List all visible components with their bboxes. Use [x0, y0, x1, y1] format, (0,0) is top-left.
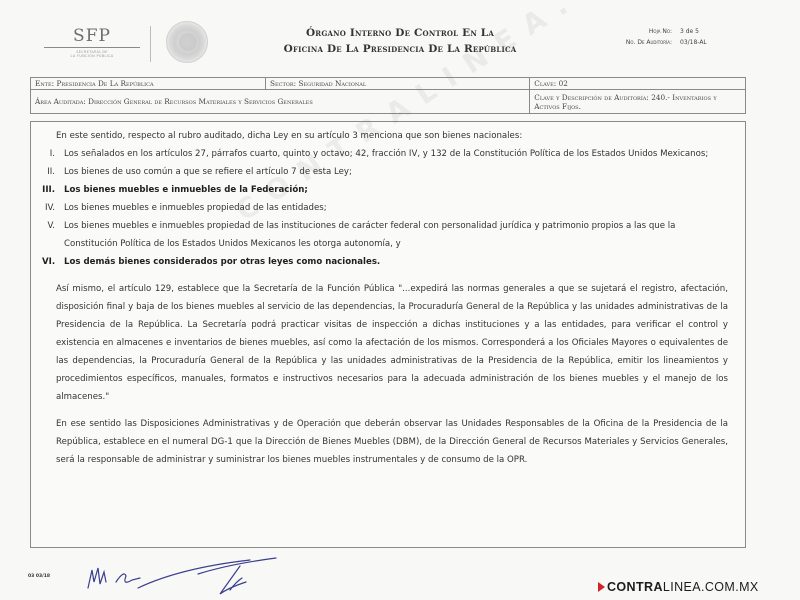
article-129-paragraph: Así mismo, el artículo 129, establece qu… — [56, 280, 728, 406]
list-item-text: Los bienes muebles e inmuebles de la Fed… — [64, 181, 728, 199]
list-item: III. Los bienes muebles e inmuebles de l… — [56, 181, 728, 199]
sfp-logo-rule — [44, 47, 140, 48]
sheet-value: 3 de 5 — [680, 26, 740, 37]
list-item-number: IV. — [42, 199, 64, 217]
intro-paragraph: En este sentido, respecto al rubro audit… — [56, 127, 728, 145]
list-item-number: II. — [42, 163, 64, 181]
list-item: IV. Los bienes muebles e inmuebles propi… — [56, 199, 728, 217]
bienes-nacionales-list: I. Los señalados en los artículos 27, pá… — [56, 145, 728, 271]
audit-number-value: 03/18-AL — [680, 37, 740, 48]
clave-cell: Clave: 02 — [530, 78, 746, 90]
list-item-text: Los señalados en los artículos 27, párra… — [64, 145, 728, 163]
list-item-text: Los demás bienes considerados por otras … — [64, 253, 728, 271]
list-item-text: Los bienes de uso común a que se refiere… — [64, 163, 728, 181]
contralinea-brand: CONTRA LINEA.COM.MX — [598, 580, 759, 594]
sfp-acronym: SFP — [44, 27, 140, 45]
list-item-number: VI. — [42, 253, 64, 271]
list-item-number: V. — [42, 217, 64, 253]
list-item-text: Los bienes muebles e inmuebles propiedad… — [64, 199, 728, 217]
sheet-label: Hoja No: — [600, 26, 680, 37]
disposiciones-paragraph: En ese sentido las Disposiciones Adminis… — [56, 415, 728, 469]
document-meta: Hoja No: 3 de 5 No. De Auditoría: 03/18-… — [600, 26, 740, 48]
logo-divider — [150, 26, 151, 62]
audit-number-label: No. De Auditoría: — [600, 37, 680, 48]
footer-code: 03 03/18 — [28, 574, 50, 579]
coat-of-arms-seal-icon — [166, 21, 208, 63]
clave-descripcion-cell: Clave y Descripción de Auditoría: 240.- … — [530, 90, 746, 114]
list-item-text: Los bienes muebles e inmuebles propiedad… — [64, 217, 728, 253]
list-item: V. Los bienes muebles e inmuebles propie… — [56, 217, 728, 253]
ente-cell: Ente: Presidencia De La República — [31, 78, 266, 90]
brand-rest: LINEA.COM.MX — [663, 580, 759, 594]
sfp-logo: SFP SECRETARÍA DE LA FUNCIÓN PÚBLICA — [44, 27, 140, 58]
list-item: VI. Los demás bienes considerados por ot… — [56, 253, 728, 271]
list-item: I. Los señalados en los artículos 27, pá… — [56, 145, 728, 163]
list-item-number: I. — [42, 145, 64, 163]
body-content: En este sentido, respecto al rubro audit… — [56, 127, 728, 469]
list-item-number: III. — [42, 181, 64, 199]
list-item: II. Los bienes de uso común a que se ref… — [56, 163, 728, 181]
document-page: SFP SECRETARÍA DE LA FUNCIÓN PÚBLICA Órg… — [0, 0, 800, 600]
play-arrow-icon — [598, 582, 605, 592]
handwritten-signature-icon — [80, 552, 280, 598]
sector-cell: Sector: Seguridad Nacional — [266, 78, 530, 90]
brand-bold: CONTRA — [607, 580, 663, 594]
sfp-subtitle-line2: LA FUNCIÓN PÚBLICA — [44, 54, 140, 58]
